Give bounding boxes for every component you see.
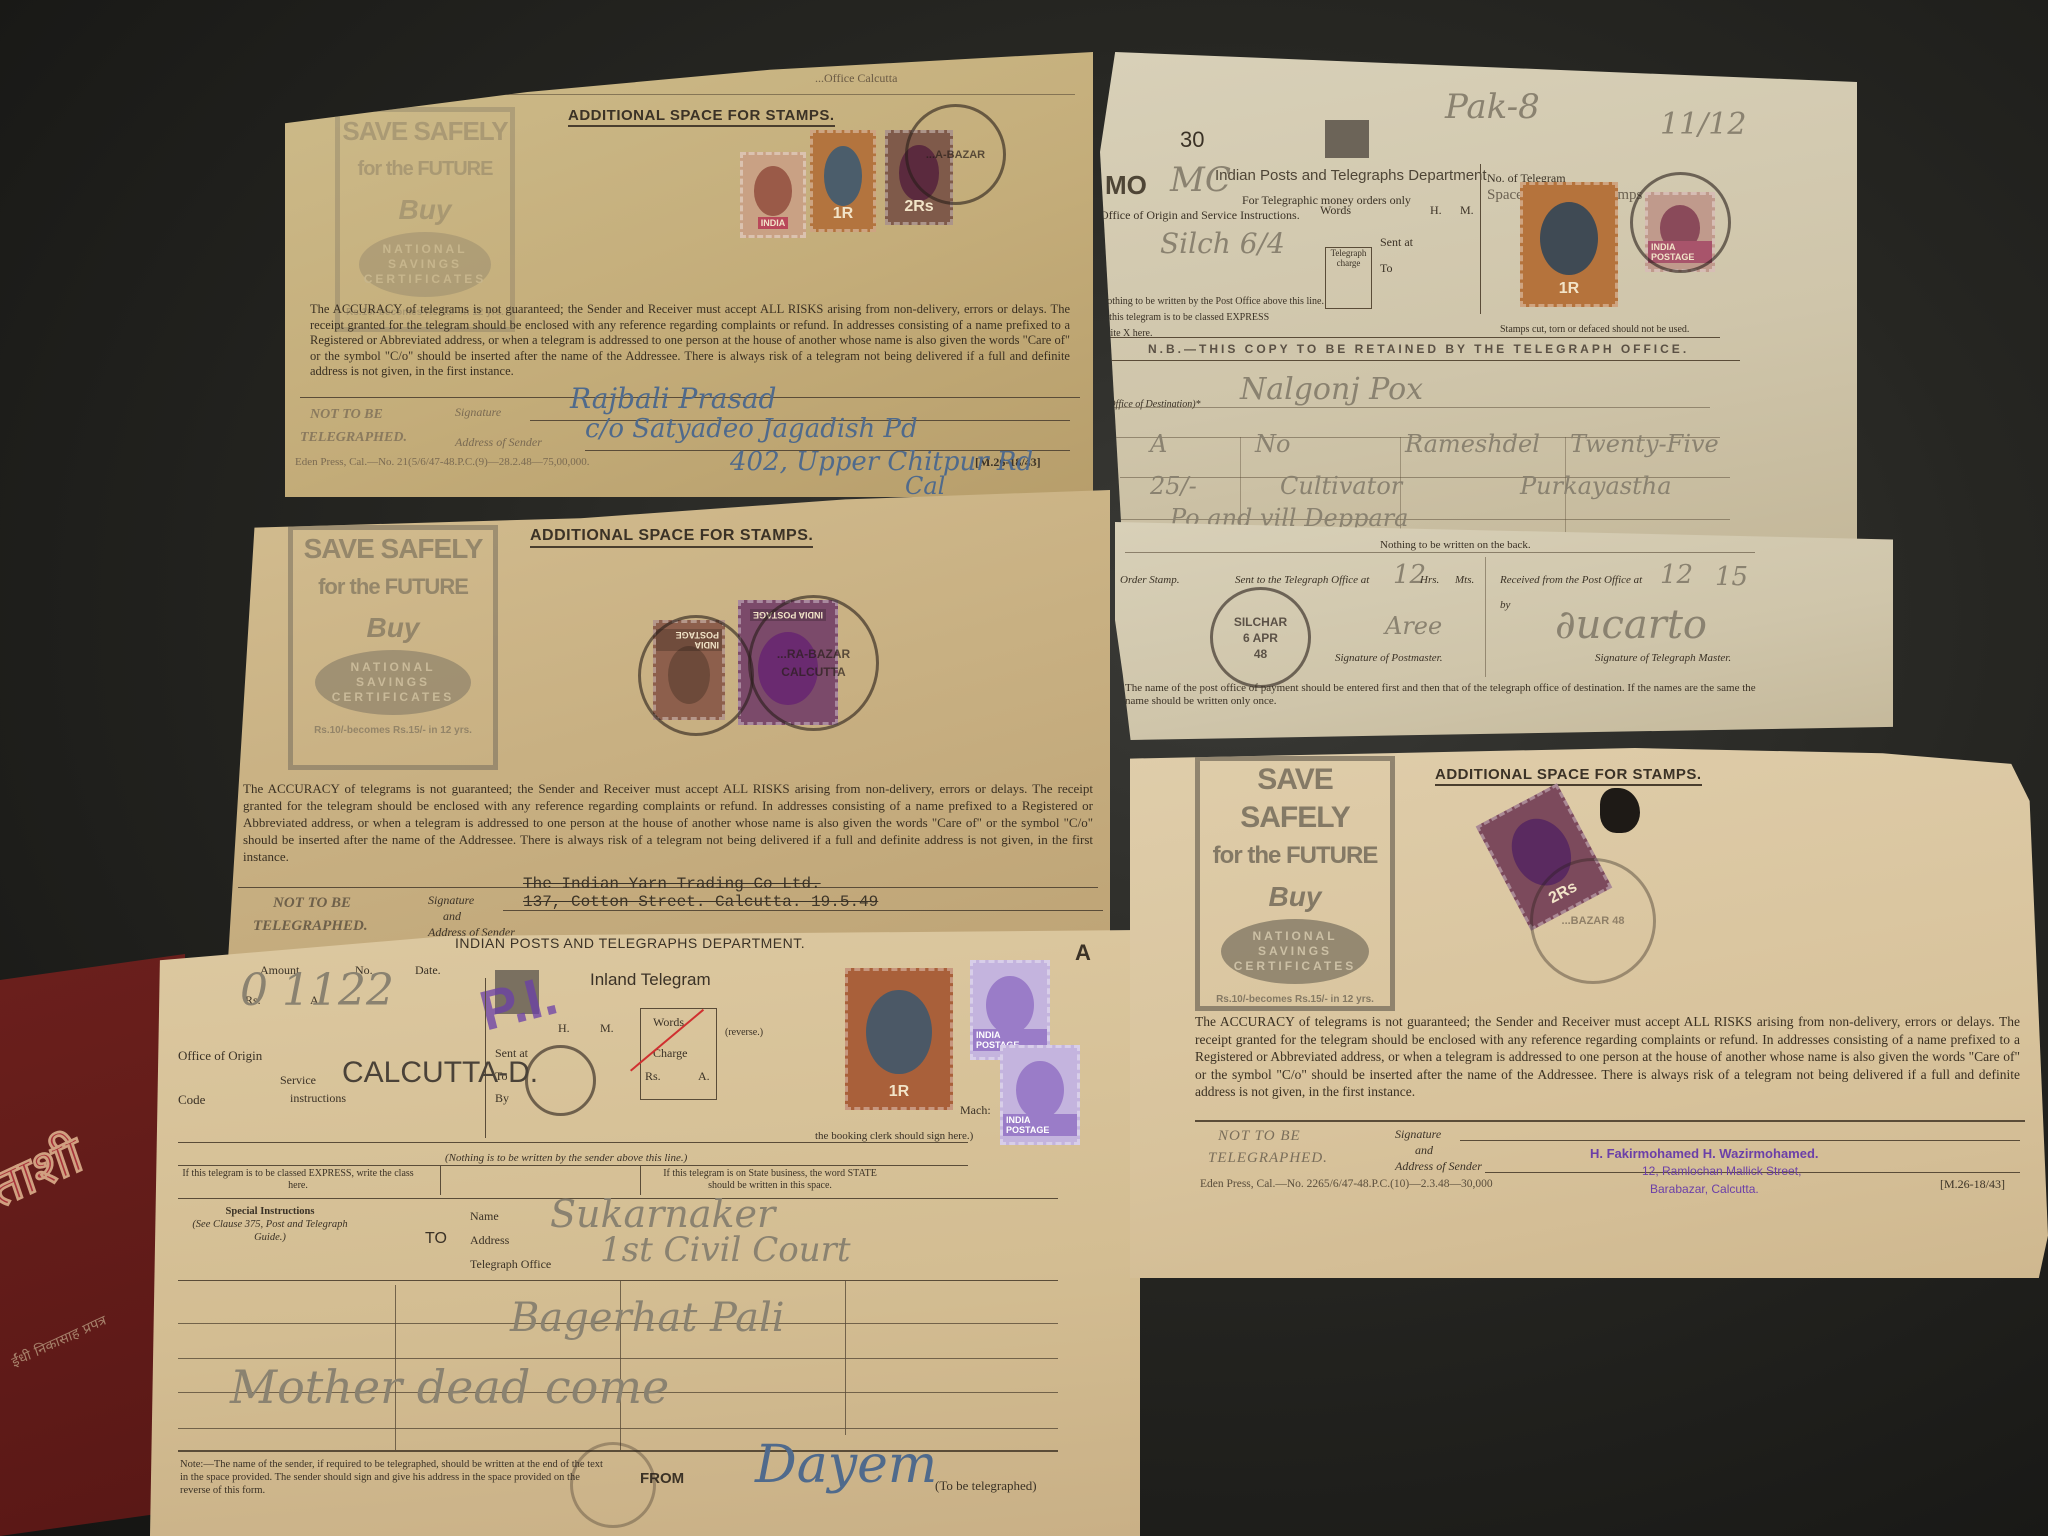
charge-a-label: A. [698,1068,710,1084]
ad-buy: Buy [340,194,510,226]
mo-label: MO [1105,170,1147,201]
savings-ad: SAVE SAFELY for the FUTURE Buy NATIONAL … [335,107,515,332]
telegraphed-label: TELEGRAPHED. [1208,1150,1328,1167]
post-office-note: Nothing to be written by the Post Office… [1100,294,1324,310]
violet-handstamp: P.I. [473,962,563,1044]
postmark-right: ...RA-BAZAR CALCUTTA [748,595,879,731]
telegraphed-label: TELEGRAPHED. [253,918,368,935]
handwritten-sender-name: Rajbali Prasad [570,382,776,415]
signature-label: Signature [1395,1126,1441,1142]
destination-handwritten: Nalgonj Pox [1240,372,1423,407]
h-label: H. [1430,202,1442,218]
nb-retain-note: N.B.—THIS COPY TO BE RETAINED BY THE TEL… [1148,342,1689,356]
header-small-text: ...Office Calcutta [815,70,897,86]
sender-stamp-name: H. Fakirmohamed H. Wazirmohamed. [1590,1146,1819,1161]
instructions-label: instructions [290,1090,346,1106]
message-row-2-a: 25/- [1150,472,1197,500]
sender-stamp-street: 12, Ramlochan Mallick Street, [1642,1164,1801,1178]
name-label: Name [470,1208,499,1224]
words-label: Words [1320,202,1351,218]
additional-space-heading: ADDITIONAL SPACE FOR STAMPS. [530,527,813,548]
postmark: ...A-BAZAR [905,104,1006,205]
recipient-address-handwritten: 1st Civil Court [600,1230,851,1270]
recipient-city-handwritten: Bagerhat Pali [510,1295,785,1341]
typed-company-address: 137, Cotton Street. Calcutta. 19.5.49 [523,893,878,911]
handwritten-care-of: c/o Satyadeo Jagadish Pd [585,414,918,444]
not-to-be-label: NOT TO BE [310,407,383,423]
mach-label: Mach: [960,1102,991,1118]
order-stamp-label: Order Stamp. [1120,572,1179,588]
disclaimer-text: The ACCURACY of telegrams is not guarant… [310,302,1070,380]
ad-line1: SAVE SAFELY [1200,761,1390,837]
message-handwritten: Mother dead come [230,1360,669,1414]
signature-telegraph-label: Signature of Telegraph Master. [1595,650,1731,666]
address-label: Address [470,1232,509,1248]
office-of-origin-label: Office of Origin [178,1048,262,1064]
pencil-note-pak: Pak-8 [1445,87,1540,127]
stamp-one-rupee: 1R [845,968,953,1110]
ad-line1: SAVE SAFELY [340,112,510,150]
ad-line2: for the FUTURE [293,568,493,606]
to-label: To [1380,260,1393,276]
print-code: Eden Press, Cal.—No. 21(5/6/47-48.P.C.(9… [295,454,590,470]
ad-line2: for the FUTURE [340,150,510,188]
address-of-sender-label: Address of Sender [455,434,542,450]
origin-handwritten: Silch 6/4 [1160,227,1285,260]
handwritten-number: 0 1122 [240,965,394,1016]
origin-office-stamp: CALCUTTA-D. [342,1056,538,1090]
received-hours-handwritten: 12 [1660,560,1693,590]
message-row-1-d: Twenty-Five [1570,430,1719,458]
serial-number: 30 [1180,127,1204,153]
disclaimer-text: The ACCURACY of telegrams is not guarant… [1195,1013,2020,1101]
faint-postmark [570,1442,656,1528]
stamp-three-annas-bottom: INDIA POSTAGE [1000,1045,1080,1145]
nothing-by-sender-note: (Nothing is to be written by the sender … [445,1150,687,1166]
message-row-2-c: Purkayastha [1520,472,1672,500]
not-to-be-label: NOT TO BE [1218,1128,1301,1145]
sent-at-label: Sent at [1380,234,1413,250]
ad-oval: NATIONAL SAVINGS CERTIFICATES [315,650,471,715]
ad-foot: Rs.10/-becomes Rs.15/- in 12 yrs. [293,725,493,736]
strip-footnote: The name of the post office of payment s… [1125,682,1765,708]
silchar-postmark: SILCHAR6 APR48 [1210,587,1311,688]
form-code: [M.26-18/43] [1940,1176,2005,1192]
hrs-label: Hrs. [1420,572,1439,588]
telegram-form-a: ...Office Calcutta SAVE SAFELY for the F… [285,52,1093,497]
received-minutes-handwritten: 15 [1715,562,1748,592]
telegraphed-label: TELEGRAPHED. [300,430,407,446]
postmark-left [638,615,754,736]
inland-telegram-form: INDIAN POSTS AND TELEGRAPHS DEPARTMENT. … [150,930,1140,1536]
signature-label: Signature [428,892,474,908]
message-row-2-b: Cultivator [1280,472,1402,500]
telegraphic-money-order-form: 30 Pak-8 11/12 MO MC Indian Posts and Te… [1100,52,1857,552]
telegram-form-e: SAVE SAFELY for the FUTURE Buy NATIONAL … [1130,748,2048,1278]
office-origin-label: Office of Origin and Service Instruction… [1100,207,1300,223]
sender-stamp-city: Barabazar, Calcutta. [1650,1182,1759,1196]
office-destination-label: (Office of Destination)* [1105,397,1201,413]
express-note: If this telegram is to be classed EXPRES… [178,1168,418,1192]
ad-oval: NATIONAL SAVINGS CERTIFICATES [1221,919,1369,984]
pencil-corner-note: 11/12 [1660,107,1746,142]
m-label: M. [1460,202,1474,218]
ad-foot: Rs.10/-becomes Rs.15/- in 12 yrs. [1200,994,1390,1005]
message-row-1-b: No [1255,430,1290,458]
stamp-half-anna: INDIA [740,152,806,238]
savings-ad: SAVE SAFELY for the FUTURE Buy NATIONAL … [288,525,498,770]
telegraph-office-label: Telegraph Office [470,1256,551,1272]
disclaimer-text: The ACCURACY of telegrams is not guarant… [243,780,1093,865]
telegraph-charge-box: Telegraph charge [1325,247,1372,309]
stamp-one-rupee: 1R [810,130,876,232]
to-section-label: TO [425,1230,447,1248]
mts-label: Mts. [1455,572,1474,588]
sender-name-handwritten: Dayem [755,1435,937,1495]
state-business-note: If this telegram is on State business, t… [650,1168,890,1192]
m-label: M. [600,1020,614,1036]
postmark [1630,172,1731,273]
code-label: Code [178,1092,205,1108]
booklet-title: ताशी [0,1118,91,1223]
inland-telegram-title: Inland Telegram [590,970,711,990]
stamp-note: Stamps cut, torn or defaced should not b… [1500,322,1689,338]
ad-buy: Buy [1200,881,1390,913]
form-letter: A [1075,940,1091,966]
message-row-1-c: Rameshdel [1405,430,1540,458]
and-label: and [443,908,461,924]
date-label: Date. [415,962,441,978]
savings-ad: SAVE SAFELY for the FUTURE Buy NATIONAL … [1195,756,1395,1011]
ad-buy: Buy [293,612,493,644]
to-be-telegraphed-label: (To be telegraphed) [935,1478,1037,1494]
typed-company-name: The Indian Yarn Trading Co Ltd. [523,875,821,893]
telegram-form-c: SAVE SAFELY for the FUTURE Buy NATIONAL … [228,490,1110,960]
by-label: By [495,1090,509,1106]
print-code: Eden Press, Cal.—No. 2265/6/47-48.P.C.(1… [1200,1176,1493,1192]
not-to-be-label: NOT TO BE [273,895,351,912]
received-label: Received from the Post Office at [1500,572,1642,588]
handwritten-city: Cal [905,472,945,497]
money-order-receipt-strip: Nothing to be written on the back. Order… [1115,522,1893,740]
and-label: and [1415,1142,1433,1158]
telegraph-master-signature: ∂ucarto [1555,602,1707,648]
sent-to-office-label: Sent to the Telegraph Office at [1235,572,1369,588]
department-heading: INDIAN POSTS AND TELEGRAPHS DEPARTMENT. [455,935,805,951]
ad-oval: NATIONAL SAVINGS CERTIFICATES [359,232,492,297]
special-instructions-label: Special Instructions (See Clause 375, Po… [185,1205,355,1244]
additional-space-heading: ADDITIONAL SPACE FOR STAMPS. [568,107,835,127]
postmark: ...BAZAR 48 [1530,858,1656,984]
address-of-sender-label: Address of Sender [1395,1158,1482,1174]
h-label: H. [558,1020,570,1036]
ad-line1: SAVE SAFELY [293,530,493,568]
service-label: Service [280,1072,316,1088]
ad-line2: for the FUTURE [1200,837,1390,875]
sender-note: Note:—The name of the sender, if require… [180,1458,610,1497]
postmaster-signature: Aree [1385,612,1442,640]
department-title: Indian Posts and Telegraphs Department [1215,167,1487,184]
signature-postmaster-label: Signature of Postmaster. [1335,650,1442,666]
stamp-one-rupee: 1R [1520,182,1618,307]
charge-rs-label: Rs. [645,1068,661,1084]
booklet-subtitle: ईंधी निकासाह प्रपत्र [9,1311,108,1372]
signature-label: Signature [455,404,501,420]
handwritten-street: 402, Upper Chitpur Rd [730,447,1033,477]
message-row-1-a: A [1150,430,1167,458]
ink-blot [1600,788,1640,833]
reverse-label: (reverse.) [725,1025,763,1041]
by-label: by [1500,597,1510,613]
royal-crest-icon [1325,120,1369,158]
nothing-on-back-note: Nothing to be written on the back. [1380,537,1531,553]
additional-space-heading: ADDITIONAL SPACE FOR STAMPS. [1435,766,1702,786]
